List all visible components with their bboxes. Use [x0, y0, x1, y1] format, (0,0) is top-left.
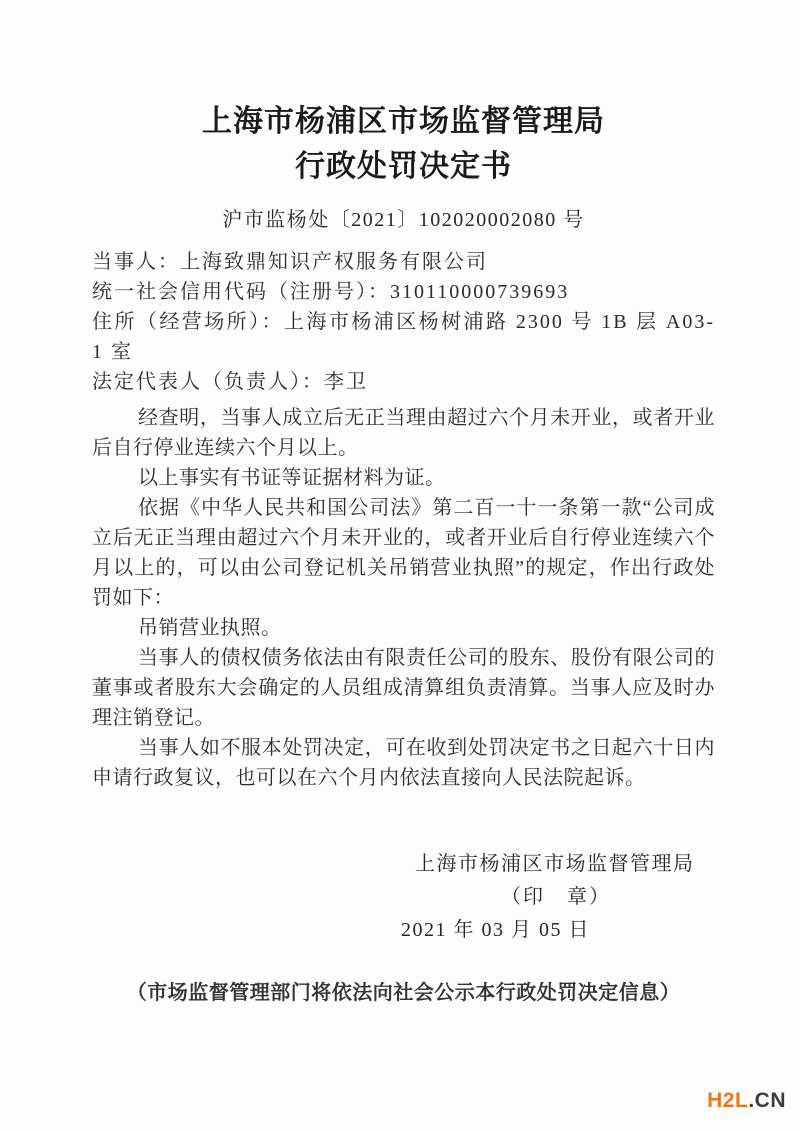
- body-paragraph: 当事人如不服本处罚决定，可在收到处罚决定书之日起六十日内申请行政复议，也可以在六…: [92, 733, 715, 793]
- footer-disclosure-note: （市场监督管理部门将依法向社会公示本行政处罚决定信息）: [92, 978, 715, 1008]
- signature-date: 2021 年 03 月 05 日: [401, 914, 697, 947]
- body-paragraph: 当事人的债权债务依法由有限责任公司的股东、股份有限公司的董事或者股东大会确定的人…: [92, 643, 715, 733]
- document-title-line2: 行政处罚决定书: [92, 144, 715, 189]
- party-info-line: 当事人：上海致鼎知识产权服务有限公司: [92, 247, 715, 277]
- watermark-site-name: H2L: [707, 1089, 748, 1112]
- party-info-line: 住所（经营场所）：上海市杨浦区杨树浦路 2300 号 1B 层 A03-1 室: [92, 307, 715, 367]
- signature-seal: （印 章）: [415, 881, 697, 914]
- watermark-tld: .CN: [748, 1089, 786, 1112]
- document-number: 沪市监杨处〔2021〕102020002080 号: [92, 205, 715, 235]
- party-info-line: 统一社会信用代码（注册号）：310110000739693: [92, 277, 715, 307]
- document-content: 上海市杨浦区市场监督管理局 行政处罚决定书 沪市监杨处〔2021〕1020200…: [0, 0, 800, 1008]
- party-info-section: 当事人：上海致鼎知识产权服务有限公司统一社会信用代码（注册号）：31011000…: [92, 247, 715, 397]
- party-info-line: 法定代表人（负责人）：李卫: [92, 367, 715, 397]
- body-paragraph: 依据《中华人民共和国公司法》第二百一十一条第一款“公司成立后无正当理由超过六个月…: [92, 493, 715, 613]
- body-paragraph: 吊销营业执照。: [92, 613, 715, 643]
- body-paragraph: 经查明，当事人成立后无正当理由超过六个月未开业，或者开业后自行停业连续六个月以上…: [92, 403, 715, 463]
- penalty-decision-page: 上海市杨浦区市场监督管理局 行政处罚决定书 沪市监杨处〔2021〕1020200…: [0, 0, 800, 1131]
- signature-block: 上海市杨浦区市场监督管理局 （印 章） 2021 年 03 月 05 日: [415, 848, 697, 947]
- signature-agency: 上海市杨浦区市场监督管理局: [415, 848, 697, 881]
- document-body: 经查明，当事人成立后无正当理由超过六个月未开业，或者开业后自行停业连续六个月以上…: [92, 403, 715, 793]
- site-watermark: H2L.CN: [707, 1089, 786, 1113]
- body-paragraph: 以上事实有书证等证据材料为证。: [92, 463, 715, 493]
- document-title-line1: 上海市杨浦区市场监督管理局: [92, 99, 715, 144]
